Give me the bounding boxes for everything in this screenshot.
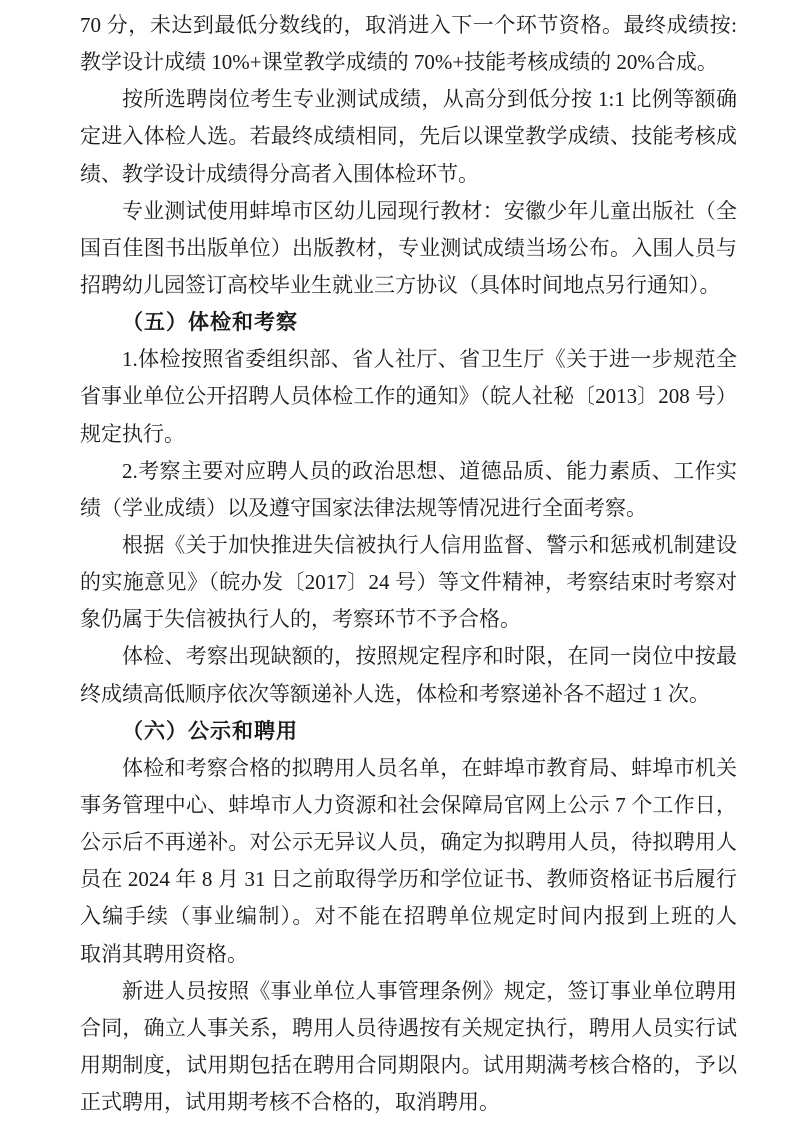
document-line: 新进人员按照《事业单位人事管理条例》规定，签订事业单位聘用 xyxy=(80,973,737,1010)
document-line: 事务管理中心、蚌埠市人力资源和社会保障局官网上公示 7 个工作日， xyxy=(80,787,737,824)
document-page: 70 分，未达到最低分数线的，取消进入下一个环节资格。最终成绩按: 教学设计成绩… xyxy=(0,0,794,1122)
document-line: 用期制度，试用期包括在聘用合同期限内。试用期满考核合格的，予以 xyxy=(80,1047,737,1084)
document-line: 终成绩高低顺序依次等额递补人选，体检和考察递补各不超过 1 次。 xyxy=(80,676,737,713)
document-line: 绩、教学设计成绩得分高者入围体检环节。 xyxy=(80,156,737,193)
document-line: 规定执行。 xyxy=(80,416,737,453)
document-line: 绩（学业成绩）以及遵守国家法律法规等情况进行全面考察。 xyxy=(80,490,737,527)
document-line: 2.考察主要对应聘人员的政治思想、道德品质、能力素质、工作实 xyxy=(80,453,737,490)
document-line: 按所选聘岗位考生专业测试成绩，从高分到低分按 1:1 比例等额确 xyxy=(80,81,737,118)
document-line: 国百佳图书出版单位）出版教材，专业测试成绩当场公布。入围人员与 xyxy=(80,230,737,267)
document-line: 70 分，未达到最低分数线的，取消进入下一个环节资格。最终成绩按: xyxy=(80,7,737,44)
document-line: 取消其聘用资格。 xyxy=(80,936,737,973)
document-line: 入编手续（事业编制）。对不能在招聘单位规定时间内报到上班的人员， xyxy=(80,898,737,935)
document-line: 体检和考察合格的拟聘用人员名单，在蚌埠市教育局、蚌埠市机关 xyxy=(80,750,737,787)
document-line: 员在 2024 年 8 月 31 日之前取得学历和学位证书、教师资格证书后履行 xyxy=(80,861,737,898)
document-line: 招聘幼儿园签订高校毕业生就业三方协议（具体时间地点另行通知）。 xyxy=(80,267,737,304)
document-line: 专业测试使用蚌埠市区幼儿园现行教材：安徽少年儿童出版社（全 xyxy=(80,193,737,230)
document-line: 体检、考察出现缺额的，按照规定程序和时限，在同一岗位中按最 xyxy=(80,638,737,675)
document-line: 公示后不再递补。对公示无异议人员，确定为拟聘用人员，待拟聘用人 xyxy=(80,824,737,861)
document-line: 教学设计成绩 10%+课堂教学成绩的 70%+技能考核成绩的 20%合成。 xyxy=(80,44,737,81)
section-heading: （六）公示和聘用 xyxy=(80,713,737,750)
document-line: 象仍属于失信被执行人的，考察环节不予合格。 xyxy=(80,601,737,638)
document-line: 省事业单位公开招聘人员体检工作的通知》（皖人社秘〔2013〕208 号） xyxy=(80,378,737,415)
document-text-block: 70 分，未达到最低分数线的，取消进入下一个环节资格。最终成绩按: 教学设计成绩… xyxy=(80,7,737,1121)
section-heading: （五）体检和考察 xyxy=(80,304,737,341)
document-line: 1.体检按照省委组织部、省人社厅、省卫生厅《关于进一步规范全 xyxy=(80,341,737,378)
document-line: 根据《关于加快推进失信被执行人信用监督、警示和惩戒机制建设 xyxy=(80,527,737,564)
document-line: 的实施意见》（皖办发〔2017〕24 号）等文件精神，考察结束时考察对 xyxy=(80,564,737,601)
document-line: 定进入体检人选。若最终成绩相同，先后以课堂教学成绩、技能考核成 xyxy=(80,118,737,155)
document-line: 合同，确立人事关系，聘用人员待遇按有关规定执行，聘用人员实行试 xyxy=(80,1010,737,1047)
document-line: 正式聘用，试用期考核不合格的，取消聘用。 xyxy=(80,1084,737,1121)
